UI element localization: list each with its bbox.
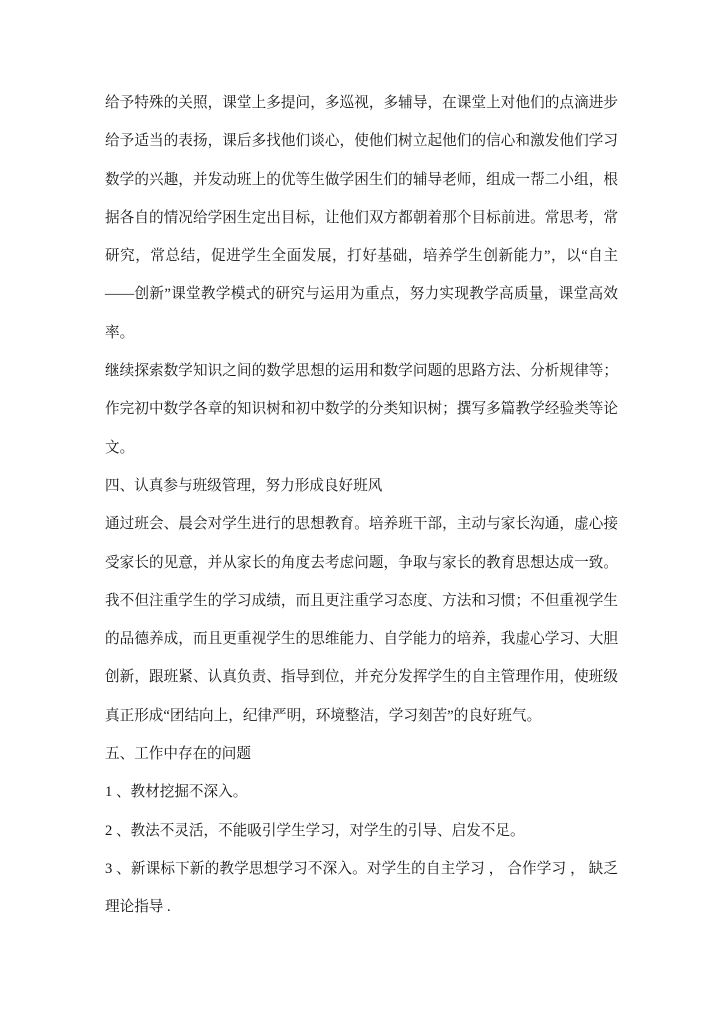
body-text-line: 给予适当的表扬，课后多找他们谈心，使他们树立起他们的信心和激发他们学习 [105,122,618,160]
body-text-line: 率。 [105,314,618,352]
list-item-line: 2 、教法不灵活，不能吸引学生学习，对学生的引导、启发不足。 [105,812,618,850]
section-heading: 四、认真参与班级管理，努力形成良好班风 [105,467,618,505]
body-text-line: 研究，常总结，促进学生全面发展，打好基础，培养学生创新能力”，以“自主 [105,237,618,275]
body-text-line: 的品德养成，而且更重视学生的思维能力、自学能力的培养，我虚心学习、大胆 [105,620,618,658]
document-body: 给予特殊的关照，课堂上多提问，多巡视，多辅导，在课堂上对他们的点滴进步 给予适当… [105,84,618,927]
body-text-line: 继续探索数学知识之间的数学思想的运用和数学问题的思路方法、分析规律等； [105,352,618,390]
body-text-line: 我不但注重学生的学习成绩，而且更注重学习态度、方法和习惯；不但重视学生 [105,582,618,620]
list-item-line: 1 、教材挖掘不深入。 [105,773,618,811]
body-text-line: 通过班会、晨会对学生进行的思想教育。培养班干部，主动与家长沟通，虚心接 [105,505,618,543]
body-text-line: 作完初中数学各章的知识树和初中数学的分类知识树；撰写多篇教学经验类等论 [105,390,618,428]
body-text-line: 给予特殊的关照，课堂上多提问，多巡视，多辅导，在课堂上对他们的点滴进步 [105,84,618,122]
document-page: 给予特殊的关照，课堂上多提问，多巡视，多辅导，在课堂上对他们的点滴进步 给予适当… [0,0,721,1020]
list-item-line: 3 、新课标下新的教学思想学习不深入。对学生的自主学习 ， 合作学习 ， 缺乏 [105,850,618,888]
body-text-line: 据各自的情况给学困生定出目标，让他们双方都朝着那个目标前进。常思考，常 [105,199,618,237]
body-text-line: 受家长的见意，并从家长的角度去考虑问题，争取与家长的教育思想达成一致。 [105,544,618,582]
body-text-line: ——创新”课堂教学模式的研究与运用为重点，努力实现教学高质量，课堂高效 [105,275,618,313]
section-heading: 五、工作中存在的问题 [105,735,618,773]
list-item-line: 理论指导 . [105,888,618,926]
body-text-line: 文。 [105,429,618,467]
body-text-line: 数学的兴趣，并发动班上的优等生做学困生们的辅导老师，组成一帮二小组，根 [105,161,618,199]
body-text-line: 真正形成“团结向上，纪律严明，环境整洁，学习刻苦”的良好班气。 [105,697,618,735]
body-text-line: 创新，跟班紧、认真负责、指导到位，并充分发挥学生的自主管理作用，使班级 [105,658,618,696]
